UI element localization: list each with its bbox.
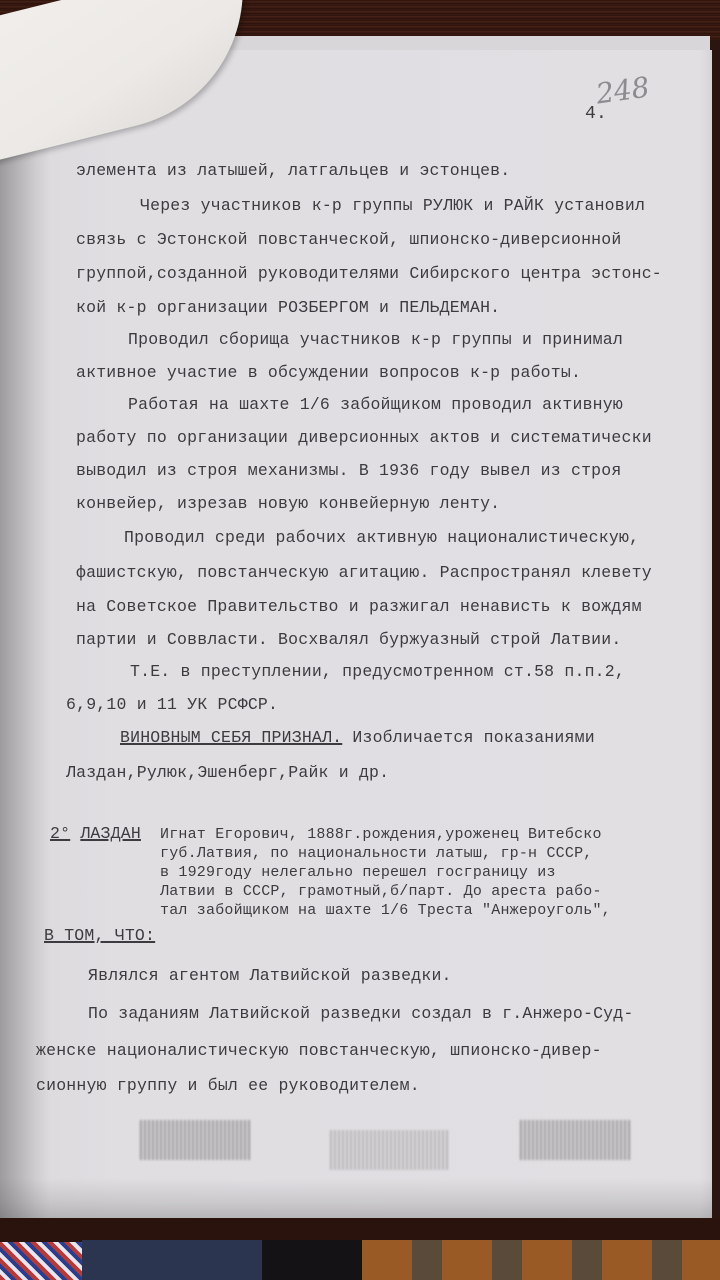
paragraph-line: Проводил сборища участников к-р группы и… [128,330,623,349]
witnesses-line: Лаздан,Рулюк,Эшенберг,Райк и др. [66,763,389,782]
entry-detail-line: губ.Латвия, по национальности латыш, гр-… [160,845,592,863]
entry-detail-line: Латвии в СССР, грамотный,б/парт. До арес… [160,883,602,901]
curled-page-corner [0,0,272,164]
paragraph-line: на Советское Правительство и разжигал не… [76,597,642,616]
carbon-smudge [140,1120,250,1160]
charge-line: сионную группу и был ее руководителем. [36,1076,420,1095]
entry-header: 2° ЛАЗДАН [50,824,141,843]
background-fabric [0,1242,82,1280]
background-fabric [362,1240,720,1280]
entry-number: 2° [50,824,70,843]
background-fabric [262,1240,362,1280]
paragraph-line: 6,9,10 и 11 УК РСФСР. [66,695,278,714]
paragraph-line: элемента из латышей, латгальцев и эстонц… [76,161,510,180]
paragraph-line: активное участие в обсуждении вопросов к… [76,363,581,382]
paragraph-line: Через участников к-р группы РУЛЮК и РАЙК… [140,196,645,215]
verdict-rest: Изобличается показаниями [352,728,594,747]
paragraph-line: связь с Эстонской повстанческой, шпионск… [76,230,622,249]
paragraph-line: работу по организации диверсионных актов… [76,428,652,447]
paragraph-line: партии и Соввласти. Восхвалял буржуазный… [76,630,622,649]
verdict-line: ВИНОВНЫМ СЕБЯ ПРИЗНАЛ. Изобличается пока… [120,728,595,747]
entry-surname: ЛАЗДАН [80,824,141,843]
paragraph-line: Работая на шахте 1/6 забойщиком проводил… [128,395,623,414]
paragraph-line: кой к-р организации РОЗБЕРГОМ и ПЕЛЬДЕМА… [76,298,500,317]
paragraph-line: Проводил среди рабочих активную национал… [124,528,639,547]
carbon-smudge [330,1130,450,1170]
charge-line: Являлся агентом Латвийской разведки. [88,966,452,985]
carbon-smudge [520,1120,630,1160]
paragraph-line: выводил из строя механизмы. В 1936 году … [76,461,622,480]
paragraph-line: конвейер, изрезав новую конвейерную лент… [76,494,500,513]
background-fabric [82,1240,262,1280]
entry-detail-line: тал забойщиком на шахте 1/6 Треста "Анже… [160,902,611,920]
page-number: 4. [585,104,607,124]
paragraph-line: Т.Е. в преступлении, предусмотренном ст.… [130,662,625,681]
charge-heading: В ТОМ, ЧТО: [44,926,155,945]
paragraph-line: фашистскую, повстанческую агитацию. Расп… [76,563,652,582]
charge-line: По заданиям Латвийской разведки создал в… [88,1004,634,1023]
entry-detail-line: Игнат Егорович, 1888г.рождения,уроженец … [160,826,602,844]
entry-detail-line: в 1929году нелегально перешел госграницу… [160,864,556,882]
paragraph-line: группой,созданной руководителями Сибирск… [76,264,662,283]
verdict-label: ВИНОВНЫМ СЕБЯ ПРИЗНАЛ. [120,728,342,747]
charge-line: женске националистическую повстанческую,… [36,1041,602,1060]
